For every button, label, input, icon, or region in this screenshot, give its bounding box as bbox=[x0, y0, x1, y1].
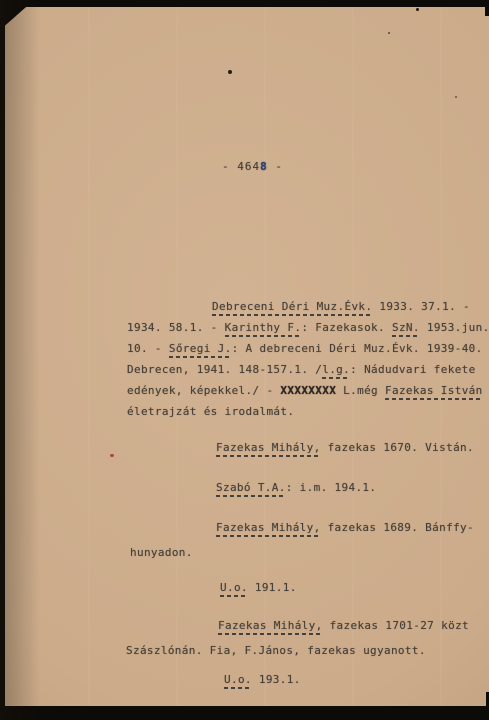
ink-speck bbox=[388, 32, 390, 34]
text-line: 1934. 58.1. - Karinthy F.: Fazekasok. Sz… bbox=[127, 321, 489, 334]
scan-edge-bottom bbox=[0, 706, 489, 720]
text-segment: 193.1. bbox=[252, 673, 301, 686]
text-line: Fazekas Mihály, fazekas 1701-27 közt bbox=[218, 619, 469, 632]
underlined-text: Fazekas Mihály, bbox=[216, 441, 321, 457]
text-line: életrajzát és irodalmát. bbox=[127, 405, 294, 418]
text-segment: fazekas 1689. Bánffy- bbox=[321, 521, 474, 534]
underlined-text: l.g. bbox=[322, 363, 350, 379]
underlined-text: Debreceni Déri Muz.Évk. bbox=[212, 300, 372, 316]
text-segment: fazekas 1701-27 közt bbox=[323, 619, 469, 632]
text-segment: 191.1. bbox=[248, 581, 297, 594]
underlined-text: Sőregi J. bbox=[169, 342, 232, 358]
page-curve-shadow bbox=[0, 0, 40, 720]
text-line: U.o. 193.1. bbox=[224, 673, 301, 686]
scan-corner-top-left bbox=[0, 0, 34, 30]
underlined-text: Szabó T.A. bbox=[216, 481, 286, 497]
ink-speck bbox=[228, 70, 232, 74]
scan-edge-top-right bbox=[485, 0, 489, 16]
text-segment: 1933. 37.1. - bbox=[372, 300, 470, 313]
text-segment: : A debreceni Déri Muz.Évk. 1939-40. bbox=[232, 342, 483, 355]
underlined-text: Karinthy F. bbox=[225, 321, 302, 337]
text-line: Fazekas Mihály, fazekas 1689. Bánffy- bbox=[216, 521, 474, 534]
underlined-text: Fazekas Mihály, bbox=[218, 619, 323, 635]
scan-edge-top bbox=[0, 0, 489, 7]
text-segment: 1934. 58.1. - bbox=[127, 321, 225, 334]
text-line: Debrecen, 1941. 148-157.1. /l.g.: Nádudv… bbox=[127, 363, 476, 376]
ink-speck bbox=[416, 8, 419, 11]
text-segment: Szászlónán. Fia, F.János, fazekas ugyano… bbox=[126, 644, 426, 657]
text-line: Szabó T.A.: i.m. 194.1. bbox=[216, 481, 376, 494]
text-segment: Debrecen, 1941. 148-157.1. / bbox=[127, 363, 322, 376]
text-line: hunyadon. bbox=[130, 546, 193, 559]
red-ink-speck bbox=[110, 454, 114, 457]
text-line: Fazekas Mihály, fazekas 1670. Vistán. bbox=[216, 441, 474, 454]
text-segment: L.még bbox=[336, 384, 385, 397]
scan-edge-left bbox=[0, 0, 5, 720]
page-number-overwritten-digit: 8 bbox=[260, 160, 268, 173]
text-line: U.o. 191.1. bbox=[220, 581, 297, 594]
text-segment: 1953.jun. bbox=[420, 321, 489, 334]
underlined-text: SzN. bbox=[392, 321, 420, 337]
underlined-text: U.o. bbox=[220, 581, 248, 597]
text-line: 10. - Sőregi J.: A debreceni Déri Muz.Év… bbox=[127, 342, 483, 355]
page-number-suffix: - bbox=[268, 160, 283, 173]
text-segment: : i.m. 194.1. bbox=[286, 481, 377, 494]
text-line: Debreceni Déri Muz.Évk. 1933. 37.1. - bbox=[212, 300, 470, 313]
text-segment: hunyadon. bbox=[130, 546, 193, 559]
page-number: - 4648 - bbox=[222, 160, 283, 173]
text-line: Szászlónán. Fia, F.János, fazekas ugyano… bbox=[126, 644, 426, 657]
ink-speck bbox=[455, 96, 457, 98]
underlined-text: Fazekas Mihály, bbox=[216, 521, 321, 537]
text-segment: életrajzát és irodalmát. bbox=[127, 405, 294, 418]
text-segment: 10. - bbox=[127, 342, 169, 355]
text-segment: fazekas 1670. Vistán. bbox=[321, 441, 474, 454]
scanned-document-page: - 4648 - Debreceni Déri Muz.Évk. 1933. 3… bbox=[0, 0, 489, 720]
underlined-text: Fazekas István bbox=[385, 384, 483, 400]
struck-out-text: XXXXXXXX bbox=[280, 384, 336, 397]
page-number-prefix: - 464 bbox=[222, 160, 260, 173]
text-line: edények, képekkel./ - XXXXXXXX L.még Faz… bbox=[127, 384, 483, 397]
underlined-text: U.o. bbox=[224, 673, 252, 689]
text-segment: : Nádudvari fekete bbox=[350, 363, 476, 376]
text-segment: : Fazekasok. bbox=[301, 321, 392, 334]
text-segment: edények, képekkel./ - bbox=[127, 384, 280, 397]
